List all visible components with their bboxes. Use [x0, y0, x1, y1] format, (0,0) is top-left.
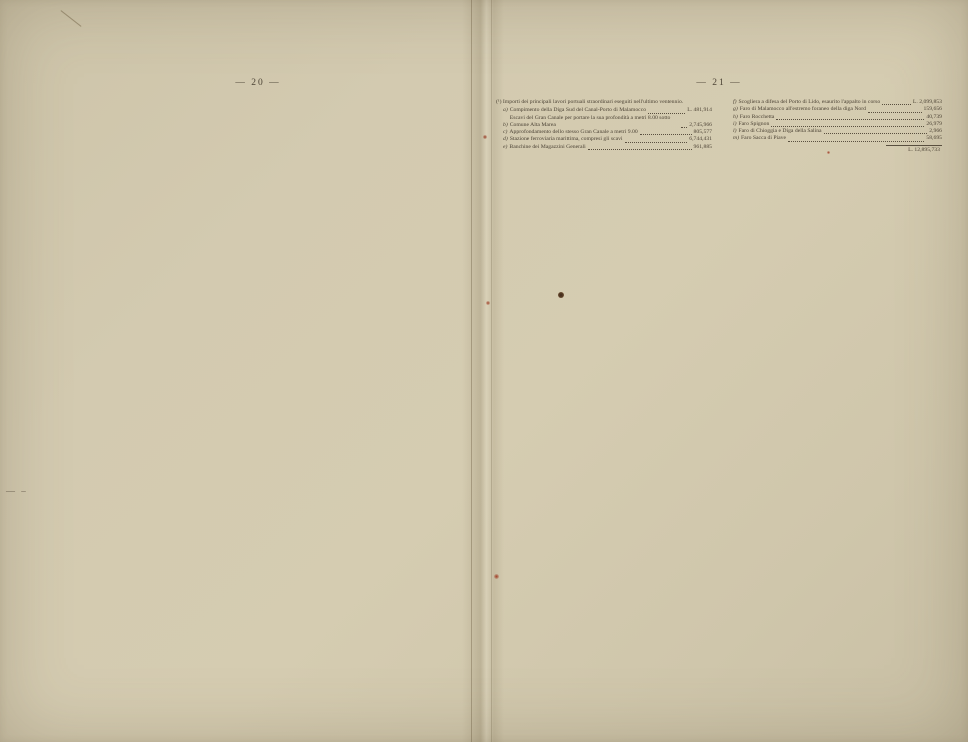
dot-leader: [681, 127, 687, 128]
dot-leader: [868, 112, 922, 113]
footnote-item-text: Faro di Malamocco all'estremo foraneo de…: [740, 106, 866, 113]
footnote-item-amount: 159,656: [924, 106, 942, 113]
footnote-item-text: Faro Spignon: [738, 121, 769, 128]
footnote-item: m) Faro Sacca di Piave 58,695: [733, 135, 942, 142]
page-number-left: — 20 —: [38, 78, 478, 88]
footnote-item: g) Faro di Malamocco all'estremo foraneo…: [733, 106, 942, 113]
pencil-mark: — –: [6, 486, 36, 496]
gutter-crease: [491, 0, 492, 742]
footnote-item-label: d): [503, 136, 508, 143]
footnote-total-amount: L. 12,895,733: [886, 145, 942, 154]
footnote-item-amount: 2,745,966: [689, 122, 712, 129]
footnote-item-text: Faro di Chioggia e Diga della Salina: [738, 128, 821, 135]
footnote-item-label: m): [733, 135, 739, 142]
footnote-item-text: Compimento della Diga Sud del Canal-Port…: [510, 107, 646, 114]
footnote-item-amount: 2,966: [929, 128, 942, 135]
footnote-item-label: h): [733, 114, 738, 121]
footnote-item: b) Escavi del Gran Canale per portare la…: [503, 115, 712, 130]
dot-leader: [640, 134, 692, 135]
footnote-item: i) Faro Spignon 26,979: [733, 121, 942, 128]
footnote-item-text: Faro Sacca di Piave: [741, 135, 786, 142]
footnote-item: h) Faro Rocchetta 40,739: [733, 114, 942, 121]
footnote-item-amount: 805,577: [694, 129, 712, 136]
footnote-total-row: L. 12,895,733: [726, 145, 942, 154]
footnote-item-label: e): [503, 144, 507, 151]
footnote-items-left: a) Compimento della Diga Sud del Canal-P…: [496, 107, 712, 151]
footnote-item-text: Banchine dei Magazzini Generali: [509, 144, 585, 151]
footnote-item: e) Banchine dei Magazzini Generali 961,8…: [503, 144, 712, 151]
scratch-mark: [60, 10, 81, 27]
dot-leader: [648, 113, 685, 114]
footnote-item-label: g): [733, 106, 738, 113]
dot-leader: [776, 119, 924, 120]
page-right: — 21 — (¹) Importi dei principali lavori…: [496, 78, 942, 154]
footnote-column-right: f) Scogliera a difesa del Porto di Lido,…: [726, 99, 942, 154]
page-left: — 20 —: [38, 78, 478, 97]
dot-leader: [771, 126, 924, 127]
dot-leader: [824, 133, 928, 134]
book-scan: — 20 — — 21 — (¹) Importi dei principali…: [0, 0, 968, 742]
dot-leader: [625, 142, 688, 143]
dot-leader: [788, 141, 924, 142]
footnote-items-right: f) Scogliera a difesa del Porto di Lido,…: [726, 99, 942, 143]
footnote-item-text: Escavi del Gran Canale per portare la su…: [510, 115, 680, 130]
dot-leader: [588, 149, 692, 150]
gutter-crease: [471, 0, 472, 742]
footnote-item-amount: L. 2,099,853: [913, 99, 942, 106]
footnote-item-amount: 6,744,431: [689, 136, 712, 143]
footnote-item: l) Faro di Chioggia e Diga della Salina …: [733, 128, 942, 135]
footnote-item-amount: 58,695: [926, 135, 942, 142]
footnote-item: a) Compimento della Diga Sud del Canal-P…: [503, 107, 712, 114]
footnote-item-text: Faro Rocchetta: [740, 114, 775, 121]
footnote-item: d) Stazione ferroviaria marittima, compr…: [503, 136, 712, 143]
footnote-item-text: Stazione ferroviaria marittima, compresi…: [510, 136, 623, 143]
footnote-item-amount: 961,885: [694, 144, 712, 151]
footnote-table: (¹) Importi dei principali lavori portua…: [496, 99, 942, 154]
footnote-item-amount: 26,979: [926, 121, 942, 128]
page-number-right: — 21 —: [496, 78, 942, 88]
footnote-intro: (¹) Importi dei principali lavori portua…: [496, 99, 712, 106]
footnote-column-left: (¹) Importi dei principali lavori portua…: [496, 99, 712, 154]
ink-blot: [558, 292, 564, 298]
footnote-item-amount: 40,739: [926, 114, 942, 121]
footnote-item-amount: L. 481,914: [687, 107, 712, 114]
footnote-item-label: a): [503, 107, 508, 114]
dot-leader: [882, 104, 911, 105]
